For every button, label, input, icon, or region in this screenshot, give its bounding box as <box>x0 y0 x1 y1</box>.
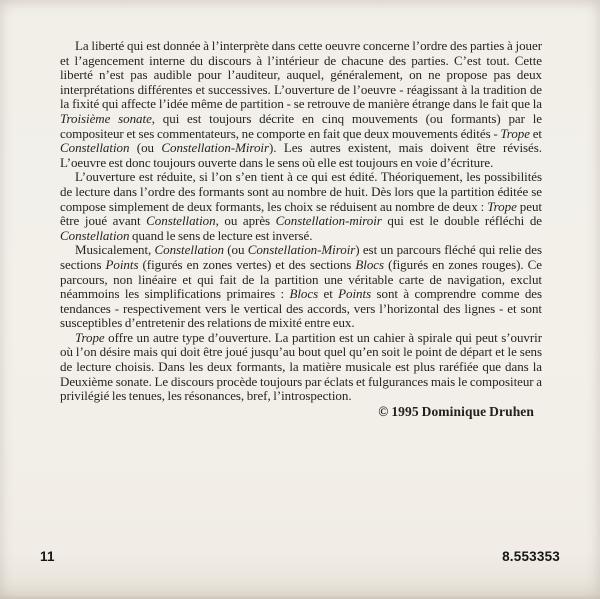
paragraph: Trope offre un autre type d’ouverture. L… <box>60 331 542 404</box>
liner-notes-text: La liberté qui est donnée à l’interprète… <box>60 39 542 419</box>
paragraph: L’ouverture est réduite, si l’on s’en ti… <box>60 170 542 243</box>
catalog-number: 8.553353 <box>502 549 560 564</box>
booklet-page: La liberté qui est donnée à l’interprète… <box>0 0 600 599</box>
paragraph: Musicalement, Constellation (ou Constell… <box>60 243 542 331</box>
paragraph-list: La liberté qui est donnée à l’interprète… <box>60 39 542 404</box>
page-number: 11 <box>40 549 55 564</box>
paragraph: La liberté qui est donnée à l’interprète… <box>60 39 542 170</box>
copyright-line: © 1995 Dominique Druhen <box>60 405 534 420</box>
